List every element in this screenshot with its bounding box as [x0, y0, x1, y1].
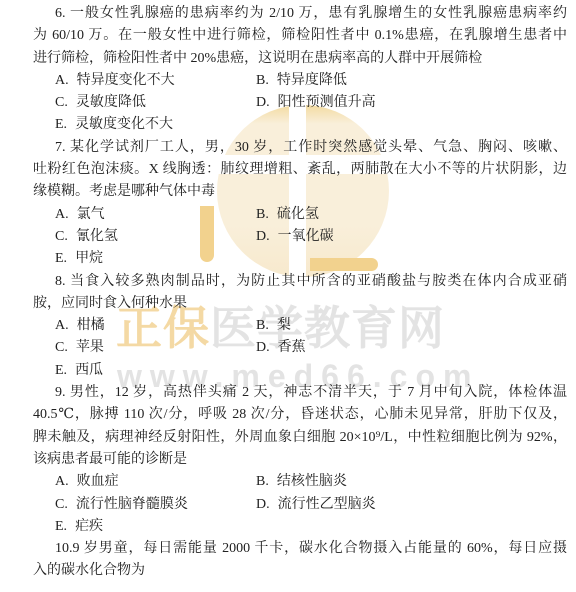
question-9-option-row: E.疟疾: [33, 516, 567, 538]
option-label: B.: [256, 207, 269, 222]
question-7-stem-line-3: 缘模糊。考虑是哪种气体中毒: [33, 181, 567, 203]
option-text: 特异度降低: [277, 73, 347, 88]
option-text: 阳性预测值升高: [278, 95, 376, 110]
option-text: 败血症: [77, 474, 119, 489]
question-7-option-row: E.甲烷: [33, 248, 567, 270]
question-6-option-row: A.特异度变化不大B.特异度降低: [33, 70, 567, 92]
option-text: 疟疾: [75, 519, 103, 534]
question-8-option-row: C.苹果D.香蕉: [33, 337, 567, 359]
option-label: E.: [55, 117, 67, 132]
question-6-option-row: E.灵敏度变化不大: [33, 114, 567, 136]
option-text: 灵敏度变化不大: [75, 117, 173, 132]
option-label: E.: [55, 363, 67, 378]
question-9-option-E: E.疟疾: [55, 516, 256, 538]
question-6-option-E: E.灵敏度变化不大: [55, 114, 256, 136]
option-text: 西瓜: [75, 363, 103, 378]
option-label: A.: [55, 207, 69, 222]
question-7-option-E: E.甲烷: [55, 248, 256, 270]
question-6-option-C: C.灵敏度降低: [55, 92, 256, 114]
question-7-option-A: A.氯气: [55, 204, 256, 226]
question-9-option-A: A.败血症: [55, 471, 256, 493]
question-7-option-C: C.氰化氢: [55, 226, 256, 248]
option-label: B.: [256, 318, 269, 333]
question-6-option-D: D.阳性预测值升高: [256, 92, 376, 114]
option-text: 硫化氢: [277, 207, 319, 222]
question-8-stem-line-2: 胺，应同时食入何种水果: [33, 293, 567, 315]
question-6-stem-line-2: 为 60/10 万。在一般女性中进行筛检，筛检阳性者中 0.1%患癌，在乳腺增生…: [33, 25, 567, 47]
question-9-stem-line-1: 9. 男性，12 岁，高热伴头痛 2 天，神志不清半天，于 7 月中旬入院，体检…: [33, 382, 567, 404]
question-9-option-row: C.流行性脑脊髓膜炎D.流行性乙型脑炎: [33, 494, 567, 516]
option-text: 氰化氢: [76, 229, 118, 244]
option-label: D.: [256, 497, 270, 512]
question-7-option-row: C.氰化氢D.一氧化碳: [33, 226, 567, 248]
question-6-option-B: B.特异度降低: [256, 70, 347, 92]
option-text: 梨: [277, 318, 291, 333]
question-7-stem-line-2: 吐粉红色泡沫痰。X 线胸透：肺纹理增粗、紊乱，两肺散在大小不等的片状阴影，边: [33, 159, 567, 181]
option-text: 一氧化碳: [278, 229, 334, 244]
question-6-stem-line-1: 6. 一般女性乳腺癌的患病率约为 2/10 万，患有乳腺增生的女性乳腺癌患病率约: [33, 3, 567, 25]
question-9-option-B: B.结核性脑炎: [256, 471, 347, 493]
question-9-stem-line-4: 该病患者最可能的诊断是: [33, 449, 567, 471]
option-label: D.: [256, 340, 270, 355]
question-9-stem-line-3: 脾未触及，病理神经反射阳性，外周血象白细胞 20×10⁹/L，中性粒细胞比例为 …: [33, 427, 567, 449]
option-label: C.: [55, 340, 68, 355]
question-8-option-B: B.梨: [256, 315, 291, 337]
question-6-option-row: C.灵敏度降低D.阳性预测值升高: [33, 92, 567, 114]
question-9-stem-line-2: 40.5℃，脉搏 110 次/分，呼吸 28 次/分，昏迷状态，心肺未见异常，肝…: [33, 404, 567, 426]
question-8-option-row: E.西瓜: [33, 360, 567, 382]
question-6-option-A: A.特异度变化不大: [55, 70, 256, 92]
question-9-option-D: D.流行性乙型脑炎: [256, 494, 376, 516]
option-label: A.: [55, 474, 69, 489]
question-9-option-row: A.败血症B.结核性脑炎: [33, 471, 567, 493]
question-8-option-row: A.柑橘B.梨: [33, 315, 567, 337]
option-label: C.: [55, 229, 68, 244]
option-label: A.: [55, 73, 69, 88]
option-label: A.: [55, 318, 69, 333]
option-label: E.: [55, 519, 67, 534]
option-text: 苹果: [76, 340, 104, 355]
question-8-option-C: C.苹果: [55, 337, 256, 359]
question-7-option-row: A.氯气B.硫化氢: [33, 204, 567, 226]
option-text: 特异度变化不大: [77, 73, 175, 88]
question-10-stem-line-2: 入的碳水化合物为: [33, 560, 567, 582]
option-label: B.: [256, 474, 269, 489]
option-label: D.: [256, 95, 270, 110]
option-label: C.: [55, 497, 68, 512]
option-text: 氯气: [77, 207, 105, 222]
option-text: 流行性乙型脑炎: [278, 497, 376, 512]
option-text: 柑橘: [77, 318, 105, 333]
option-label: B.: [256, 73, 269, 88]
question-list: 6. 一般女性乳腺癌的患病率约为 2/10 万，患有乳腺增生的女性乳腺癌患病率约…: [33, 3, 567, 583]
question-10-stem-line-1: 10.9 岁男童，每日需能量 2000 千卡，碳水化合物摄入占能量的 60%，每…: [33, 538, 567, 560]
option-text: 流行性脑脊髓膜炎: [76, 497, 188, 512]
question-7-option-D: D.一氧化碳: [256, 226, 334, 248]
question-8-option-E: E.西瓜: [55, 360, 256, 382]
question-7-stem-line-1: 7. 某化学试剂厂工人，男，30 岁，工作时突然感觉头晕、气急、胸闷、咳嗽、: [33, 137, 567, 159]
option-label: D.: [256, 229, 270, 244]
question-6-stem-line-3: 进行筛检，筛检阳性者中 20%患癌，这说明在患病率高的人群中开展筛检: [33, 48, 567, 70]
question-8-stem-line-1: 8. 当食入较多熟肉制品时，为防止其中所含的亚硝酸盐与胺类在体内合成亚硝: [33, 271, 567, 293]
question-7-option-B: B.硫化氢: [256, 204, 319, 226]
option-text: 结核性脑炎: [277, 474, 347, 489]
option-label: E.: [55, 251, 67, 266]
question-8-option-D: D.香蕉: [256, 337, 306, 359]
option-label: C.: [55, 95, 68, 110]
option-text: 香蕉: [278, 340, 306, 355]
option-text: 灵敏度降低: [76, 95, 146, 110]
question-8-option-A: A.柑橘: [55, 315, 256, 337]
exam-page: 正保医学教育网 www.med66.com 6. 一般女性乳腺癌的患病率约为 2…: [0, 0, 576, 592]
question-9-option-C: C.流行性脑脊髓膜炎: [55, 494, 256, 516]
option-text: 甲烷: [75, 251, 103, 266]
